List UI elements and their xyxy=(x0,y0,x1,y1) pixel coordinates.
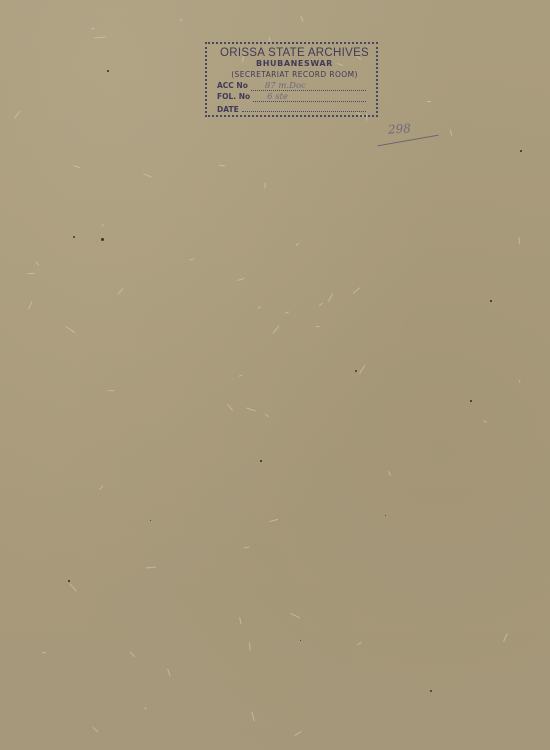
stamp-field-date: DATE xyxy=(217,102,372,115)
handwritten-number: 298 xyxy=(388,121,412,137)
archive-stamp: ORISSA STATE ARCHIVES BHUBANESWAR (SECRE… xyxy=(205,42,378,117)
date-value xyxy=(242,102,366,112)
stamp-title: ORISSA STATE ARCHIVES xyxy=(217,47,372,59)
fol-label: FOL. No xyxy=(217,91,250,102)
acc-value: 87 m.Doc xyxy=(251,81,366,91)
date-label: DATE xyxy=(217,104,239,115)
stamp-department: (SECRETARIAT RECORD ROOM) xyxy=(217,69,372,80)
stamp-city: BHUBANESWAR xyxy=(217,59,372,69)
fol-value: 6 ste xyxy=(253,92,366,102)
stamp-field-fol: FOL. No 6 ste xyxy=(217,91,372,102)
stamp-field-acc: ACC No 87 m.Doc xyxy=(217,80,372,91)
acc-label: ACC No xyxy=(217,80,248,91)
